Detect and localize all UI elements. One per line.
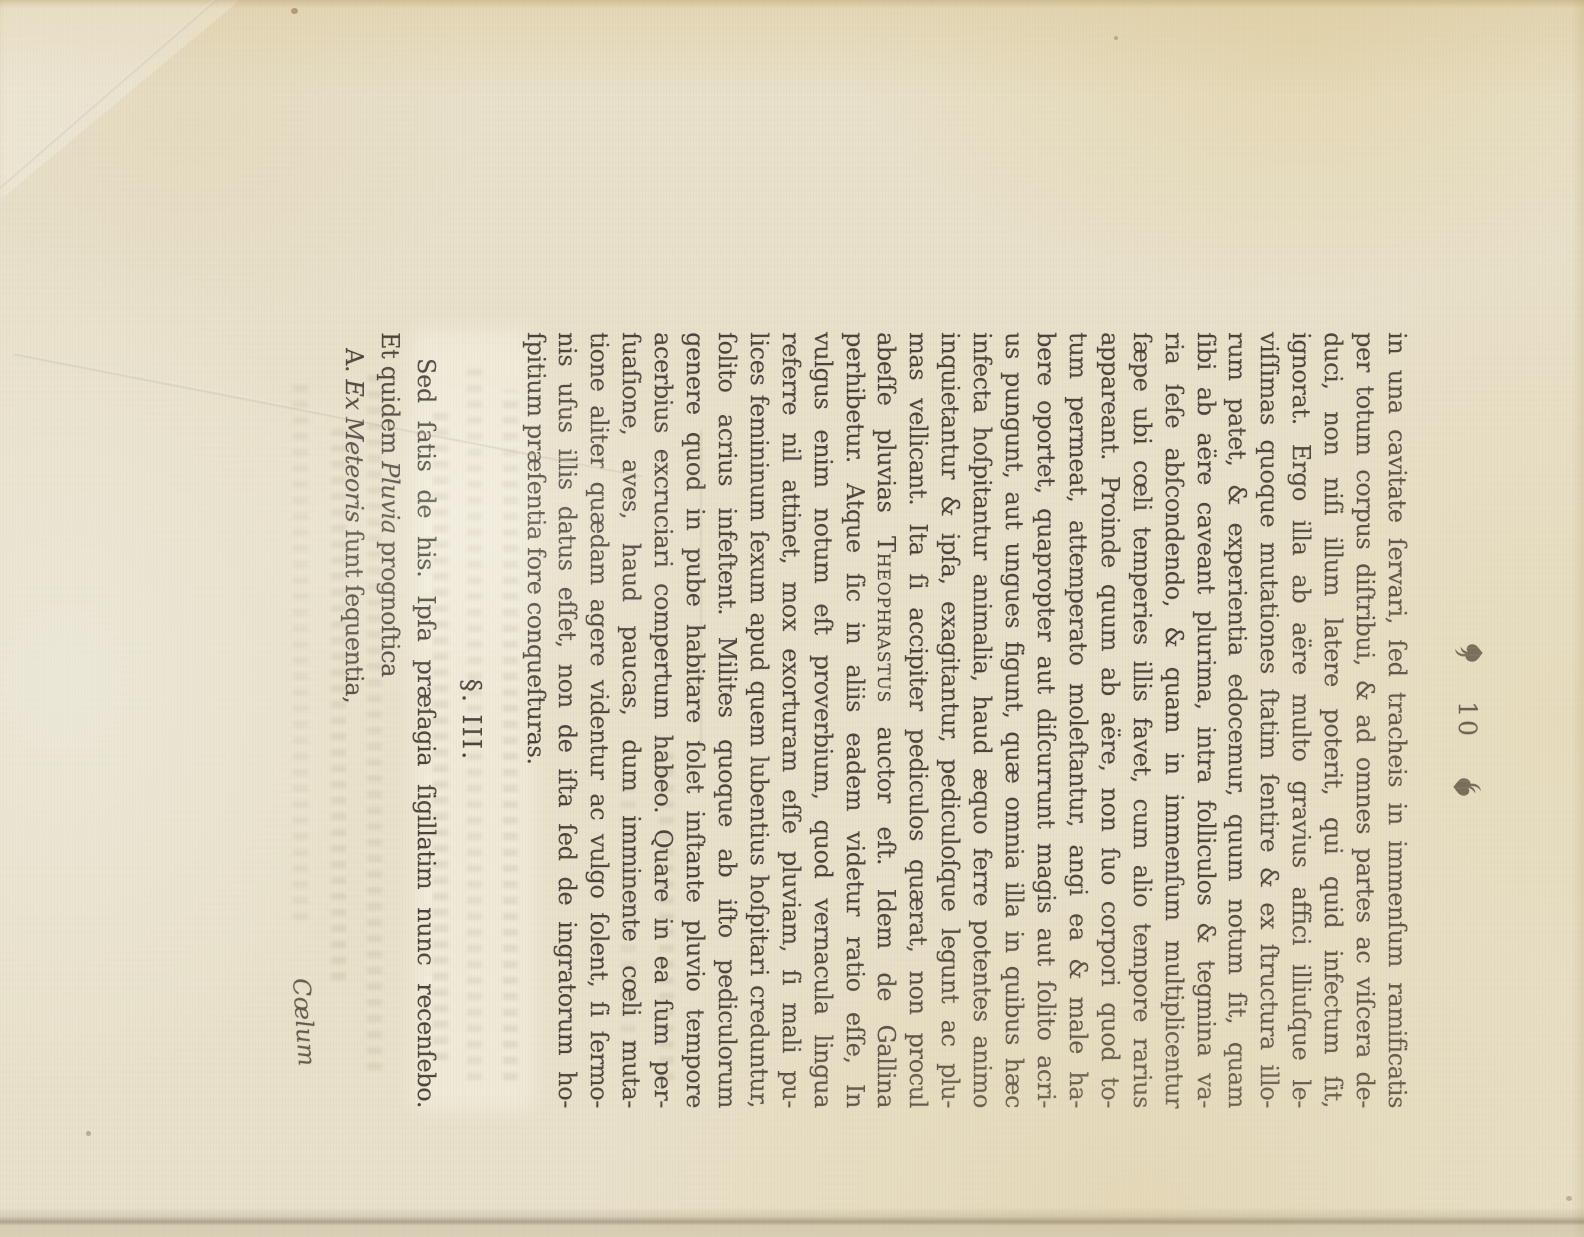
text-segment: vulgus enim notum eſt proverbium, quod v…	[809, 332, 837, 1108]
text-segment: acerbius excruciari compertum habeo. Qua…	[649, 332, 677, 1108]
paper-speck	[1566, 1196, 1572, 1201]
text-line: ſolito acrius infeſtent. Milites quoque …	[710, 332, 742, 1108]
text-line: ignorat. Ergo illa ab aëre multo gravius…	[1284, 332, 1316, 1108]
text-segment: duci, non niſi illum latere poterit, qui…	[1319, 332, 1347, 1108]
text-segment: Theophrastus	[873, 536, 901, 703]
corner-fold-highlight	[0, 0, 240, 200]
paper-speck	[291, 8, 298, 14]
text-segment: ria ſeſe abſcondendo, & quam in immenſum…	[1160, 332, 1188, 1108]
page-header: 10	[1452, 330, 1484, 1110]
text-segment: ſibi ab aëre caveant plurima, intra foll…	[1192, 332, 1220, 1108]
text-line: tione aliter quædam agere videntur ac vu…	[582, 332, 614, 1108]
text-segment: ſolito acrius infeſtent. Milites quoque …	[713, 332, 741, 1108]
text-segment: ignorat. Ergo illa ab aëre multo gravius…	[1287, 332, 1315, 1108]
catchword: Cœlum	[287, 977, 321, 1067]
text-segment: rum patet, & experientia edocemur, quum …	[1223, 332, 1251, 1108]
page-content-rotated: 10 in una cavitate ſervari, ſed tracheis…	[280, 330, 1520, 1110]
text-line: perhibetur. Atque ſic in aliis eadem vid…	[838, 332, 870, 1108]
text-line: lices femininum ſexum apud quem lubentiu…	[742, 332, 774, 1108]
text-line: appareant. Proinde quum ab aëre, non ſuo…	[1093, 332, 1125, 1108]
text-line: vulgus enim notum eſt proverbium, quod v…	[806, 332, 838, 1108]
showthrough-ghost-text	[293, 380, 308, 920]
text-segment: tione aliter quædam agere videntur ac vu…	[585, 332, 613, 1108]
text-segment: viſſimas quoque mutationes ſtatim ſentir…	[1255, 332, 1283, 1108]
text-segment: appareant. Proinde quum ab aëre, non ſuo…	[1096, 332, 1124, 1108]
text-line: ſibi ab aëre caveant plurima, intra foll…	[1189, 332, 1221, 1108]
text-line: ſpitium præſentia fore conqueſturas.	[519, 332, 551, 1108]
top-page-edge	[0, 0, 1584, 8]
text-line: acerbius excruciari compertum habeo. Qua…	[646, 332, 678, 1108]
text-line: ſæpe ubi cœli temperies illis favet, cum…	[1125, 332, 1157, 1108]
text-segment: bere oportet, quapropter aut diſcurrunt …	[1032, 332, 1060, 1108]
showthrough-ghost-text	[331, 420, 346, 980]
text-line: inquietantur & ipſa, exagitantur, pedicu…	[933, 332, 965, 1108]
text-line: Et quidem Pluvia prognoſtica	[372, 332, 408, 1108]
text-line: ſuaſione, aves, haud paucas, dum imminen…	[614, 332, 646, 1108]
text-segment: auctor eſt. Idem de Gallina	[873, 703, 901, 1108]
text-segment: A.	[340, 348, 368, 379]
text-segment: Ex Meteoris	[340, 379, 368, 522]
text-line: ria ſeſe abſcondendo, & quam in immenſum…	[1157, 332, 1189, 1108]
showthrough-ghost-text	[467, 360, 482, 1080]
text-segment: ſpitium præſentia fore conqueſturas.	[522, 332, 550, 765]
paper-speck	[1114, 36, 1118, 40]
text-line: duci, non niſi illum latere poterit, qui…	[1316, 332, 1348, 1108]
text-line: in una cavitate ſervari, ſed tracheis in…	[1380, 332, 1412, 1108]
text-segment: mas vellicant. Ita ſi accipiter pediculo…	[904, 332, 932, 1108]
text-line: nis uſus illis datus eſſet, non de iſta …	[551, 332, 583, 1108]
text-segment: nis uſus illis datus eſſet, non de iſta …	[553, 332, 581, 1108]
showthrough-ghost-text	[367, 370, 382, 1070]
scanned-book-page: 10 in una cavitate ſervari, ſed tracheis…	[0, 0, 1584, 1237]
body-paragraph: in una cavitate ſervari, ſed tracheis in…	[519, 332, 1412, 1108]
text-line: genere quod in pube habitare ſolet inſta…	[678, 332, 710, 1108]
section-heading: §. III.	[456, 330, 486, 1110]
showthrough-ghost-text	[621, 780, 636, 1080]
fleuron-ornament-icon	[1452, 775, 1484, 799]
text-line: viſſimas quoque mutationes ſtatim ſentir…	[1252, 332, 1284, 1108]
text-segment: prognoſtica	[376, 534, 404, 677]
paper-speck	[86, 1131, 91, 1136]
text-line: rum patet, & experientia edocemur, quum …	[1221, 332, 1253, 1108]
showthrough-ghost-text	[659, 750, 674, 1080]
text-segment: lices femininum ſexum apud quem lubentiu…	[745, 332, 773, 1108]
right-page-edge	[1572, 0, 1584, 1237]
text-line: referre nil attinet, mox exorturam eſſe …	[774, 332, 806, 1108]
text-line: per totum corpus diſtribui, & ad omnes p…	[1348, 332, 1380, 1108]
text-line: abeſſe pluvias Theophrastus auctor eſt. …	[870, 332, 902, 1108]
bottom-page-edge	[0, 1207, 1584, 1237]
text-segment: tum permeat, attemperato moleſtantur, an…	[1064, 332, 1092, 1108]
text-segment: referre nil attinet, mox exorturam eſſe …	[777, 332, 805, 1108]
showthrough-ghost-text	[503, 390, 518, 1080]
paper-crease	[0, 0, 230, 199]
closing-paragraph: Sed ſatis de his. Ipſa præſagia ſigillat…	[336, 332, 444, 1108]
paper-light-band	[412, 330, 534, 1110]
text-segment: Sed ſatis de his. Ipſa præſagia ſigillat…	[412, 358, 440, 1108]
text-line: tum permeat, attemperato moleſtantur, an…	[1061, 332, 1093, 1108]
page-number: 10	[1454, 701, 1483, 739]
text-segment: Pluvia	[376, 461, 404, 533]
text-segment: genere quod in pube habitare ſolet inſta…	[681, 332, 709, 1108]
text-line: mas vellicant. Ita ſi accipiter pediculo…	[902, 332, 934, 1108]
top-stain-band	[0, 0, 1584, 95]
text-segment: inquietantur & ipſa, exagitantur, pedicu…	[936, 332, 964, 1108]
text-line: us pungunt, aut ungues figunt, quæ omnia…	[997, 332, 1029, 1108]
showthrough-ghost-text	[433, 410, 448, 1060]
text-segment: Et quidem	[376, 332, 404, 461]
text-segment: us pungunt, aut ungues figunt, quæ omnia…	[1000, 332, 1028, 1108]
text-line: bere oportet, quapropter aut diſcurrunt …	[1029, 332, 1061, 1108]
text-line: infecta hoſpitantur animalia, haud æquo …	[965, 332, 997, 1108]
text-segment: in una cavitate ſervari, ſed tracheis in…	[1383, 332, 1411, 1108]
text-segment: ſæpe ubi cœli temperies illis favet, cum…	[1128, 332, 1156, 1108]
text-line: A. Ex Meteoris ſunt ſequentia,	[336, 332, 372, 1108]
text-segment: perhibetur. Atque ſic in aliis eadem vid…	[841, 332, 869, 1108]
text-segment: ſunt ſequentia,	[340, 522, 368, 703]
text-segment: infecta hoſpitantur animalia, haud æquo …	[968, 332, 996, 1108]
text-segment: ſuaſione, aves, haud paucas, dum imminen…	[617, 332, 645, 1108]
text-line: Sed ſatis de his. Ipſa præſagia ſigillat…	[408, 332, 444, 1108]
fleuron-ornament-icon	[1452, 641, 1484, 665]
text-segment: per totum corpus diſtribui, & ad omnes p…	[1351, 332, 1379, 1108]
text-segment: abeſſe pluvias	[873, 332, 901, 536]
